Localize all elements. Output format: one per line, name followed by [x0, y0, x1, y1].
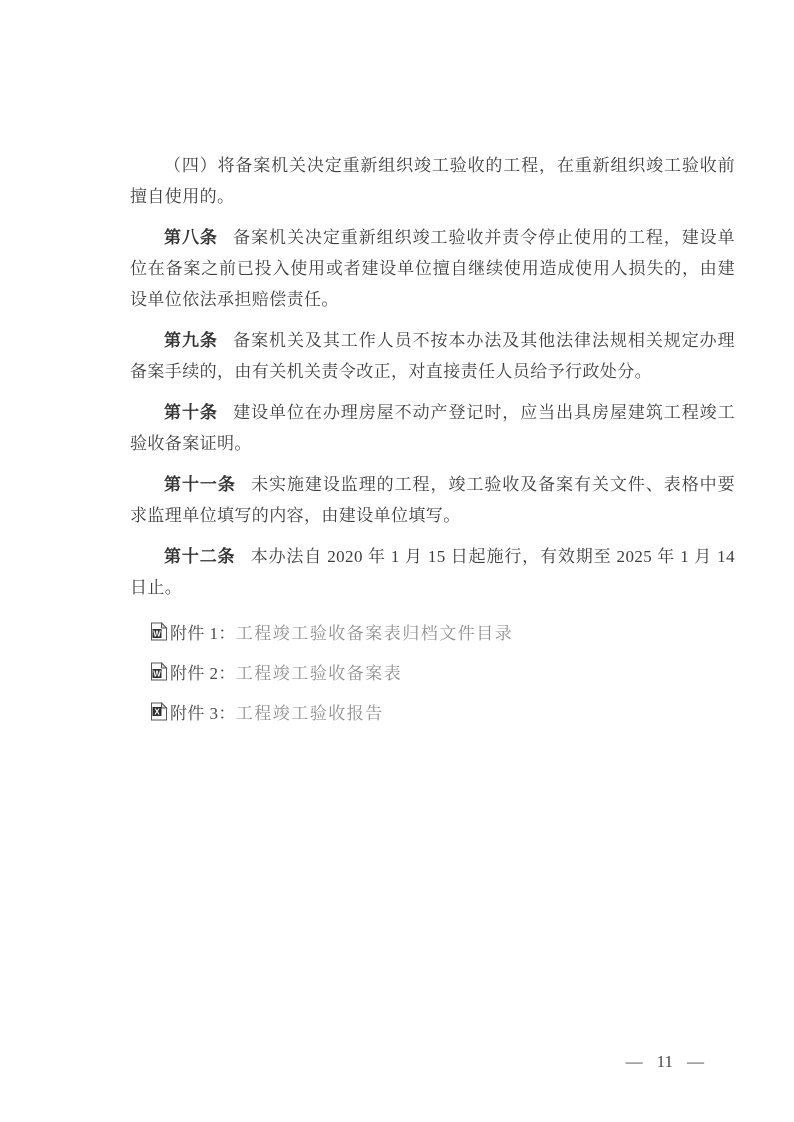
- paragraph-text: 备案机关及其工作人员不按本办法及其他法律法规相关规定办理备案手续的，由有关机关责…: [130, 331, 735, 381]
- attachment-title: 工程竣工验收报告: [236, 699, 384, 724]
- paragraph-item-4: （四）将备案机关决定重新组织竣工验收的工程，在重新组织竣工验收前擅自使用的。: [130, 150, 735, 212]
- article-number: 第十条: [164, 403, 218, 422]
- svg-text:X: X: [154, 707, 160, 716]
- paragraph-text: 备案机关决定重新组织竣工验收并责令停止使用的工程，建设单位在备案之前已投入使用或…: [130, 228, 735, 309]
- paragraph-article-12: 第十二条本办法自 2020 年 1 月 15 日起施行，有效期至 2025 年 …: [130, 541, 735, 603]
- paragraph-article-8: 第八条备案机关决定重新组织竣工验收并责令停止使用的工程，建设单位在备案之前已投入…: [130, 222, 735, 315]
- document-page: （四）将备案机关决定重新组织竣工验收的工程，在重新组织竣工验收前擅自使用的。 第…: [0, 0, 794, 1122]
- attachment-link-2[interactable]: W 附件 2： 工程竣工验收备案表: [150, 651, 735, 691]
- article-number: 第九条: [164, 331, 218, 350]
- word-doc-icon: W: [150, 622, 168, 641]
- word-doc-icon: W: [150, 662, 168, 681]
- attachment-title: 工程竣工验收备案表归档文件目录: [236, 619, 514, 644]
- footer-page-number: 11: [657, 1052, 673, 1072]
- footer-left-dash: —: [626, 1052, 643, 1072]
- article-number: 第十二条: [164, 547, 235, 566]
- paragraph-article-11: 第十一条未实施建设监理的工程，竣工验收及备案有关文件、表格中要求监理单位填写的内…: [130, 469, 735, 531]
- svg-text:W: W: [153, 629, 161, 638]
- article-number: 第八条: [164, 228, 218, 247]
- attachment-label: 附件 2：: [170, 659, 236, 684]
- document-body: （四）将备案机关决定重新组织竣工验收的工程，在重新组织竣工验收前擅自使用的。 第…: [130, 150, 735, 731]
- paragraph-article-9: 第九条备案机关及其工作人员不按本办法及其他法律法规相关规定办理备案手续的，由有关…: [130, 325, 735, 387]
- paragraph-article-10: 第十条建设单位在办理房屋不动产登记时，应当出具房屋建筑工程竣工验收备案证明。: [130, 397, 735, 459]
- paragraph-text: （四）将备案机关决定重新组织竣工验收的工程，在重新组织竣工验收前擅自使用的。: [130, 156, 735, 206]
- attachment-list: W 附件 1： 工程竣工验收备案表归档文件目录 W 附件 2： 工程竣工验收备案…: [130, 611, 735, 731]
- page-number: — 11 —: [626, 1052, 704, 1072]
- attachment-link-3[interactable]: X 附件 3： 工程竣工验收报告: [150, 691, 735, 731]
- paragraph-text: 建设单位在办理房屋不动产登记时，应当出具房屋建筑工程竣工验收备案证明。: [130, 403, 735, 453]
- attachment-label: 附件 3：: [170, 699, 236, 724]
- attachment-title: 工程竣工验收备案表: [236, 659, 403, 684]
- attachment-label: 附件 1：: [170, 619, 236, 644]
- footer-right-dash: —: [687, 1052, 704, 1072]
- svg-text:W: W: [153, 669, 161, 678]
- article-number: 第十一条: [164, 475, 236, 494]
- attachment-link-1[interactable]: W 附件 1： 工程竣工验收备案表归档文件目录: [150, 611, 735, 651]
- excel-doc-icon: X: [150, 702, 168, 721]
